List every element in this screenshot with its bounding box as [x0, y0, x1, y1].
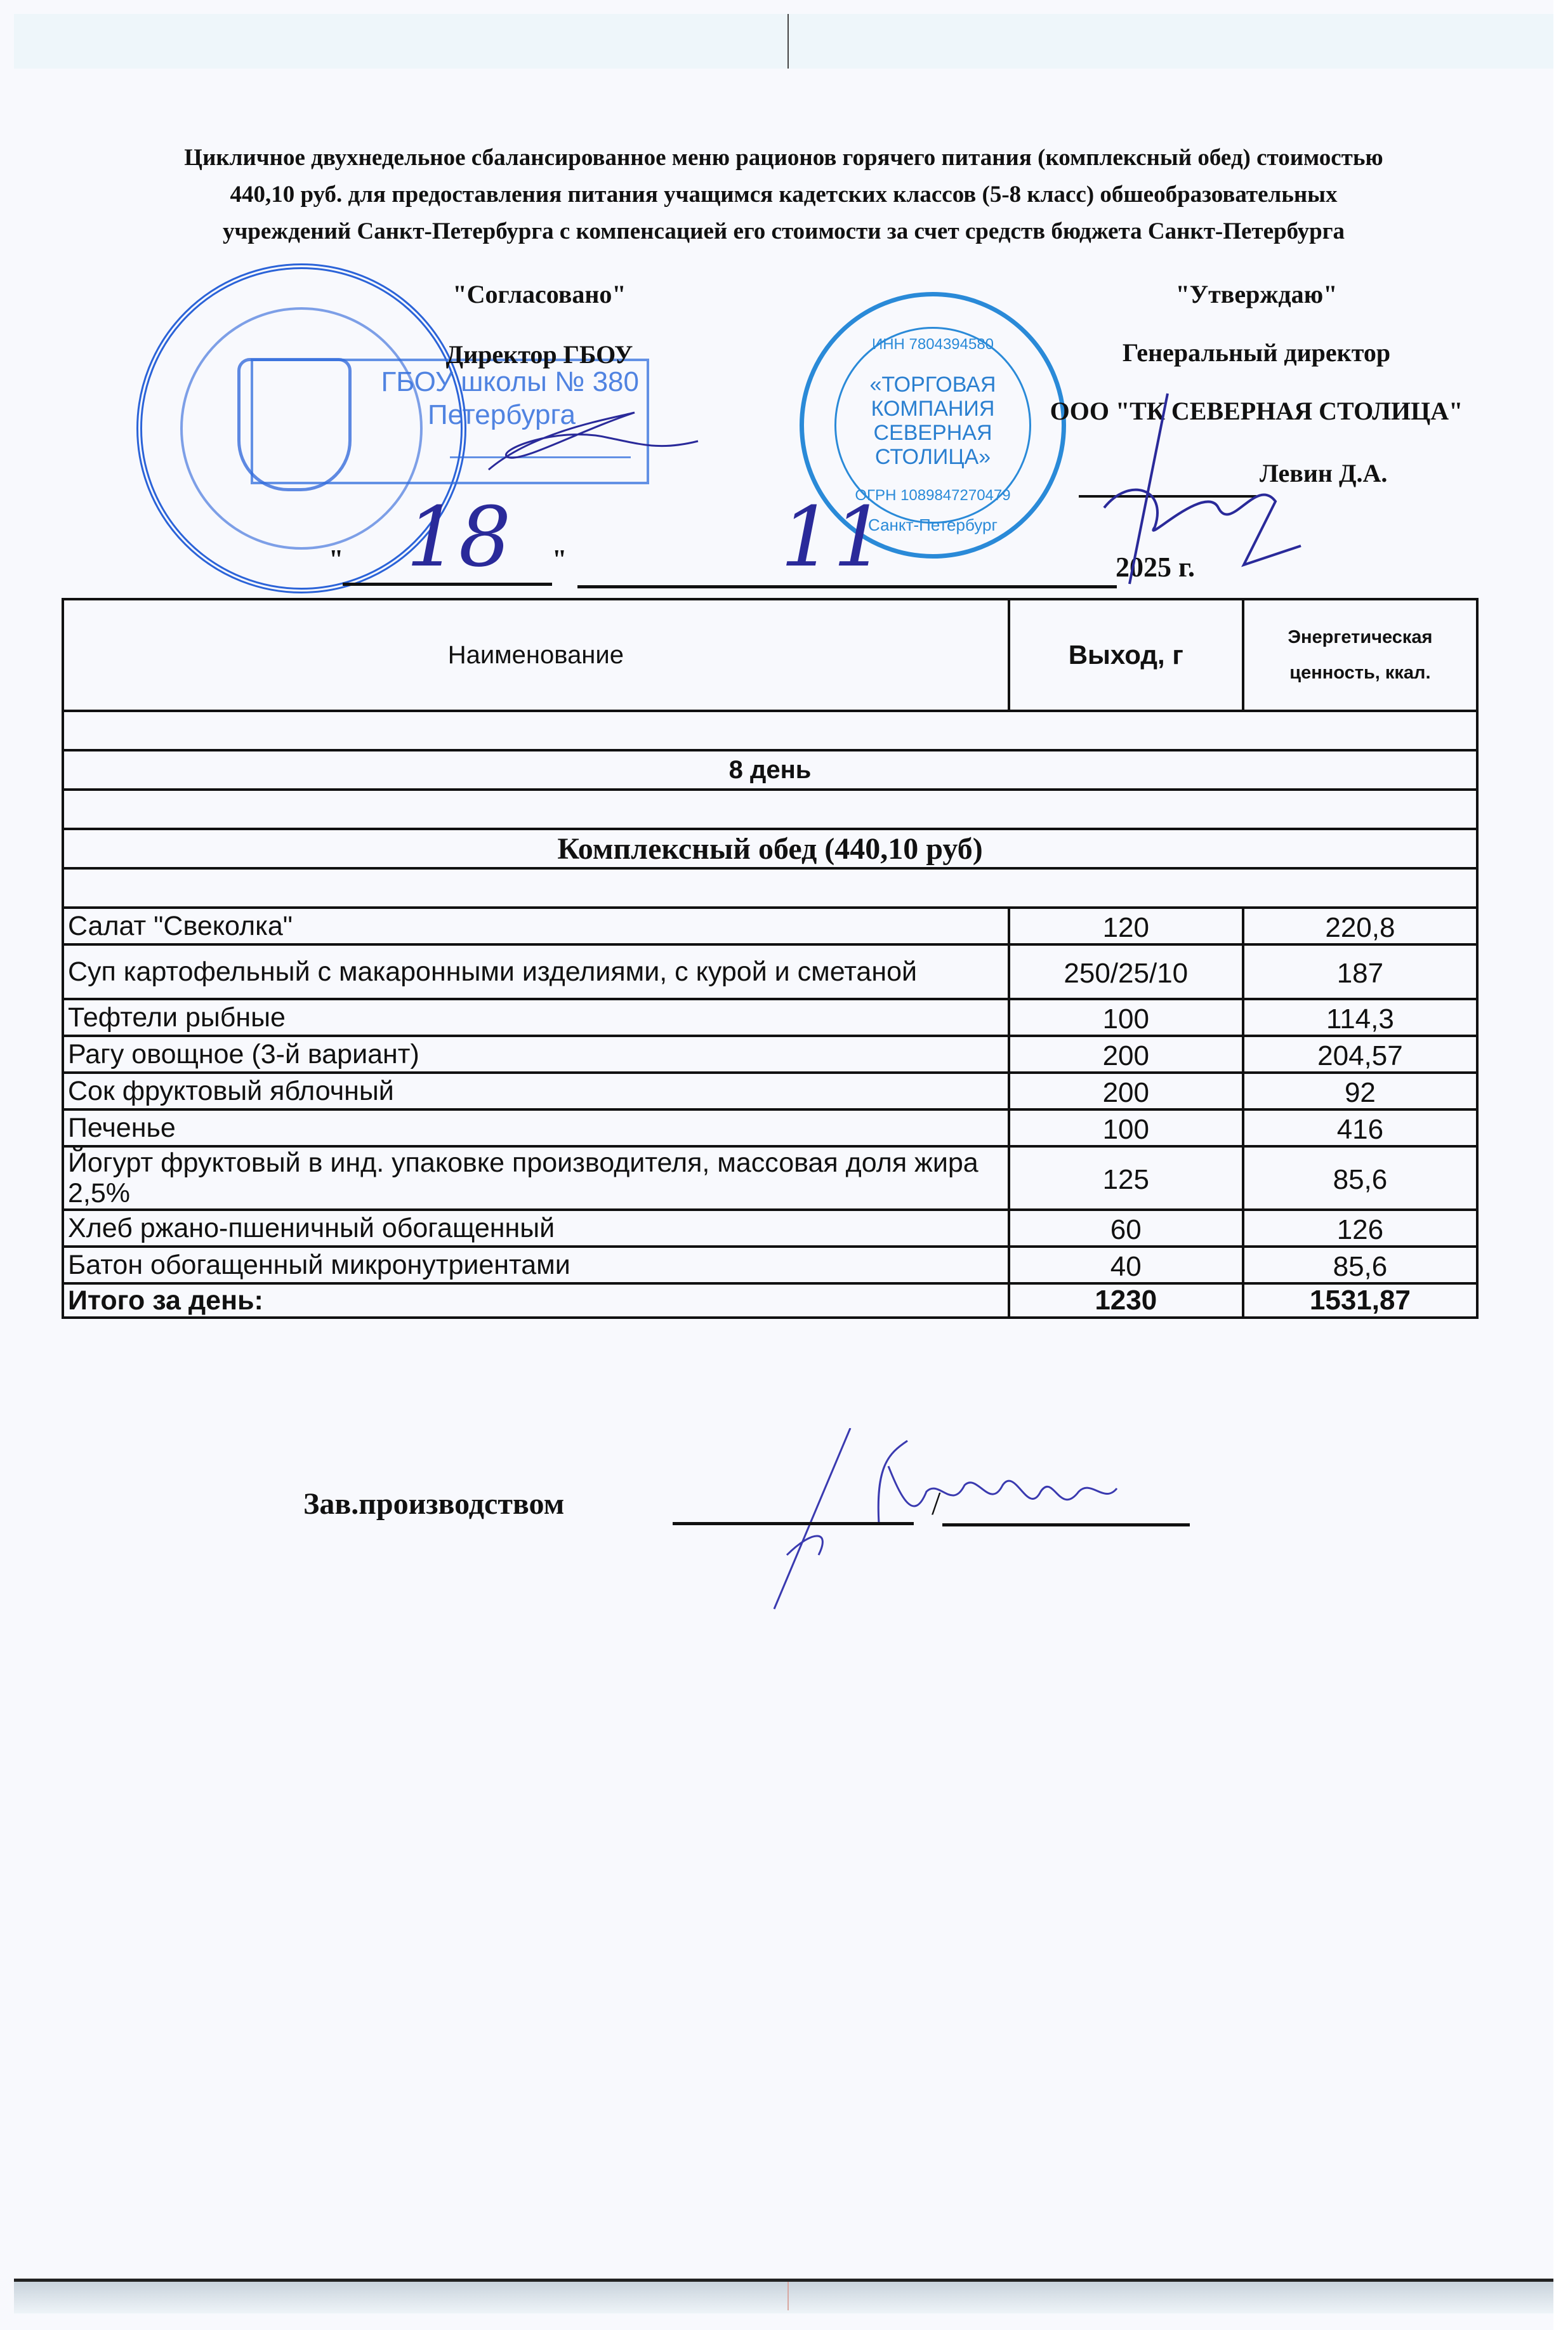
item-yield: 100	[1009, 999, 1243, 1036]
day-row: 8 день	[63, 750, 1477, 790]
item-yield: 250/25/10	[1009, 944, 1243, 999]
item-energy: 416	[1243, 1109, 1477, 1146]
item-energy: 85,6	[1243, 1247, 1477, 1283]
approval-left-position: Директор ГБОУ	[381, 340, 698, 369]
table-row: Тефтели рыбные100114,3	[63, 999, 1477, 1036]
item-yield: 200	[1009, 1036, 1243, 1073]
stamp-company-name: «ТОРГОВАЯ КОМПАНИЯ СЕВЕРНАЯ СТОЛИЦА»	[804, 373, 1062, 469]
item-name: Салат "Свеколка"	[63, 908, 1009, 944]
header-name: Наименование	[63, 599, 1009, 711]
spacer-row	[63, 711, 1477, 750]
table-row: Батон обогащенный микронутриентами4085,6	[63, 1247, 1477, 1283]
general-director-signature	[1091, 381, 1320, 590]
meal-row: Комплексный обед (440,10 руб)	[63, 829, 1477, 868]
item-name: Печенье	[63, 1109, 1009, 1146]
item-energy: 187	[1243, 944, 1477, 999]
menu-table: Наименование Выход, г Энергетическая цен…	[62, 598, 1479, 1319]
title-line-2: 440,10 руб. для предоставления питания у…	[57, 176, 1510, 213]
table-row: Сок фруктовый яблочный20092	[63, 1073, 1477, 1109]
total-label: Итого за день:	[63, 1283, 1009, 1318]
scan-margin-right	[1553, 0, 1568, 2330]
approval-right-heading: "Утверждаю"	[1028, 279, 1485, 338]
date-close-quote: "	[552, 545, 567, 575]
approval-left-heading: "Согласовано"	[381, 279, 698, 309]
stamp-inn: ИНН 7804394580	[804, 336, 1062, 354]
item-name: Батон обогащенный микронутриентами	[63, 1247, 1009, 1283]
item-yield: 60	[1009, 1210, 1243, 1247]
rect-stamp-line-1: ГБОУ школы № 380	[381, 366, 639, 398]
item-name: Суп картофельный с макаронными изделиями…	[63, 944, 1009, 999]
scan-edge-bottom	[14, 2279, 1553, 2313]
item-name: Йогурт фруктовый в инд. упаковке произво…	[63, 1146, 1009, 1210]
total-energy: 1531,87	[1243, 1283, 1477, 1318]
header-energy: Энергетическая ценность, ккал.	[1243, 599, 1477, 711]
table-row: Суп картофельный с макаронными изделиями…	[63, 944, 1477, 999]
title-line-1: Цикличное двухнедельное сбалансированное…	[57, 140, 1510, 176]
spacer-row	[63, 790, 1477, 829]
item-yield: 120	[1009, 908, 1243, 944]
table-row: Хлеб ржано-пшеничный обогащенный60126	[63, 1210, 1477, 1247]
scan-fold-line-top	[787, 14, 789, 69]
item-name: Хлеб ржано-пшеничный обогащенный	[63, 1210, 1009, 1247]
item-yield: 200	[1009, 1073, 1243, 1109]
total-yield: 1230	[1009, 1283, 1243, 1318]
footer-separator: /	[932, 1485, 940, 1523]
meal-label: Комплексный обед (440,10 руб)	[63, 829, 1477, 868]
day-label: 8 день	[63, 750, 1477, 790]
stamp-name-line-2: КОМПАНИЯ	[804, 397, 1062, 421]
date-open-quote: "	[329, 545, 343, 575]
item-yield: 40	[1009, 1247, 1243, 1283]
table-header-row: Наименование Выход, г Энергетическая цен…	[63, 599, 1477, 711]
stamp-name-line-1: «ТОРГОВАЯ	[804, 373, 1062, 397]
item-energy: 85,6	[1243, 1146, 1477, 1210]
date-month-handwritten: 11	[781, 489, 885, 585]
item-energy: 92	[1243, 1073, 1477, 1109]
school-director-signature	[482, 406, 711, 482]
spacer-row	[63, 868, 1477, 908]
table-row: Салат "Свеколка"120220,8	[63, 908, 1477, 944]
item-name: Тефтели рыбные	[63, 999, 1009, 1036]
scan-edge-top	[14, 14, 1553, 69]
item-energy: 114,3	[1243, 999, 1477, 1036]
stamp-name-line-3: СЕВЕРНАЯ	[804, 421, 1062, 445]
production-head-name-line	[942, 1523, 1190, 1526]
item-name: Рагу овощное (3-й вариант)	[63, 1036, 1009, 1073]
item-energy: 126	[1243, 1210, 1477, 1247]
table-row: Йогурт фруктовый в инд. упаковке произво…	[63, 1146, 1477, 1210]
table-row: Печенье100416	[63, 1109, 1477, 1146]
date-day-handwritten: 18	[406, 489, 511, 585]
production-head-label: Зав.производством	[303, 1486, 564, 1521]
document-title: Цикличное двухнедельное сбалансированное…	[57, 140, 1510, 250]
item-yield: 100	[1009, 1109, 1243, 1146]
scan-fold-line-bottom	[787, 2282, 789, 2310]
production-head-signature-line	[673, 1522, 914, 1525]
date-month-line	[577, 585, 1117, 588]
approval-left: "Согласовано" Директор ГБОУ	[381, 279, 698, 369]
total-row: Итого за день:12301531,87	[63, 1283, 1477, 1318]
item-name: Сок фруктовый яблочный	[63, 1073, 1009, 1109]
table-row: Рагу овощное (3-й вариант)200204,57	[63, 1036, 1477, 1073]
item-yield: 125	[1009, 1146, 1243, 1210]
stamp-name-line-4: СТОЛИЦА»	[804, 445, 1062, 469]
production-head-signature	[761, 1428, 1301, 1612]
item-energy: 204,57	[1243, 1036, 1477, 1073]
item-energy: 220,8	[1243, 908, 1477, 944]
header-yield: Выход, г	[1009, 599, 1243, 711]
title-line-3: учреждений Санкт-Петербурга с компенсаци…	[57, 213, 1510, 250]
